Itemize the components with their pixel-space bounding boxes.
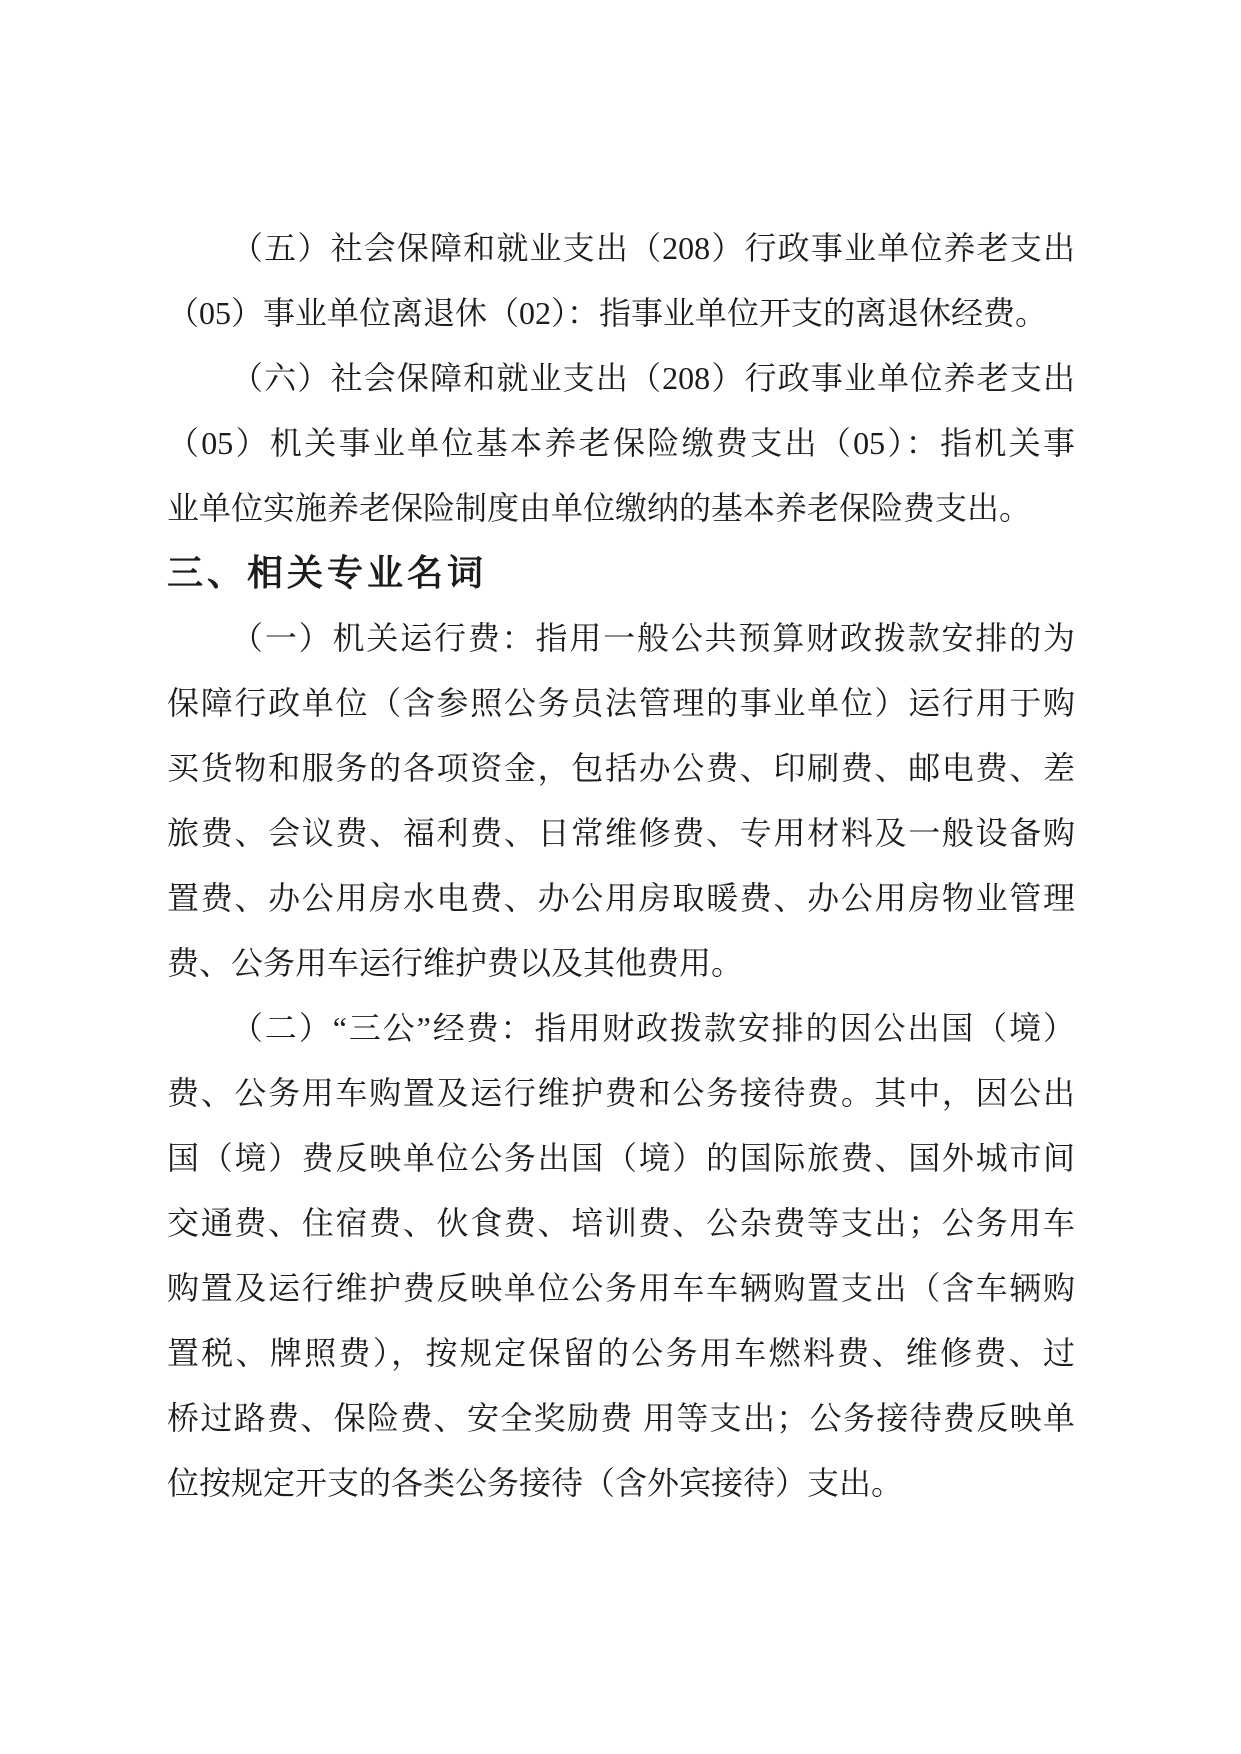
document-text-block: （五）社会保障和就业支出（208）行政事业单位养老支出 （05）事业单位离退休（… <box>167 216 1075 1516</box>
document-line: 置费、办公用房水电费、办公用房取暖费、办公用房物业管理 <box>167 866 1075 931</box>
document-line: 国（境）费反映单位公务出国（境）的国际旅费、国外城市间 <box>167 1126 1075 1191</box>
document-line: 费、公务用车购置及运行维护费和公务接待费。其中，因公出 <box>167 1061 1075 1126</box>
document-page: （五）社会保障和就业支出（208）行政事业单位养老支出 （05）事业单位离退休（… <box>0 0 1241 1754</box>
document-line: 费、公务用车运行维护费以及其他费用。 <box>167 931 1075 996</box>
document-line: 桥过路费、保险费、安全奖励费 用等支出；公务接待费反映单 <box>167 1386 1075 1451</box>
document-line: （六）社会保障和就业支出（208）行政事业单位养老支出 <box>167 346 1075 411</box>
document-line: （五）社会保障和就业支出（208）行政事业单位养老支出 <box>167 216 1075 281</box>
document-line: 位按规定开支的各类公务接待（含外宾接待）支出。 <box>167 1451 1075 1516</box>
document-line: （05）事业单位离退休（02）：指事业单位开支的离退休经费。 <box>167 281 1075 346</box>
document-line: （一）机关运行费：指用一般公共预算财政拨款安排的为 <box>167 606 1075 671</box>
document-line: （05）机关事业单位基本养老保险缴费支出（05）：指机关事 <box>167 411 1075 476</box>
document-line: （二）“三公”经费：指用财政拨款安排的因公出国（境） <box>167 996 1075 1061</box>
document-line: 买货物和服务的各项资金，包括办公费、印刷费、邮电费、差 <box>167 736 1075 801</box>
section-heading: 三、相关专业名词 <box>167 541 1075 606</box>
document-line: 业单位实施养老保险制度由单位缴纳的基本养老保险费支出。 <box>167 476 1075 541</box>
document-line: 旅费、会议费、福利费、日常维修费、专用材料及一般设备购 <box>167 801 1075 866</box>
document-line: 保障行政单位（含参照公务员法管理的事业单位）运行用于购 <box>167 671 1075 736</box>
document-line: 置税、牌照费），按规定保留的公务用车燃料费、维修费、过 <box>167 1321 1075 1386</box>
document-line: 购置及运行维护费反映单位公务用车车辆购置支出（含车辆购 <box>167 1256 1075 1321</box>
document-line: 交通费、住宿费、伙食费、培训费、公杂费等支出；公务用车 <box>167 1191 1075 1256</box>
